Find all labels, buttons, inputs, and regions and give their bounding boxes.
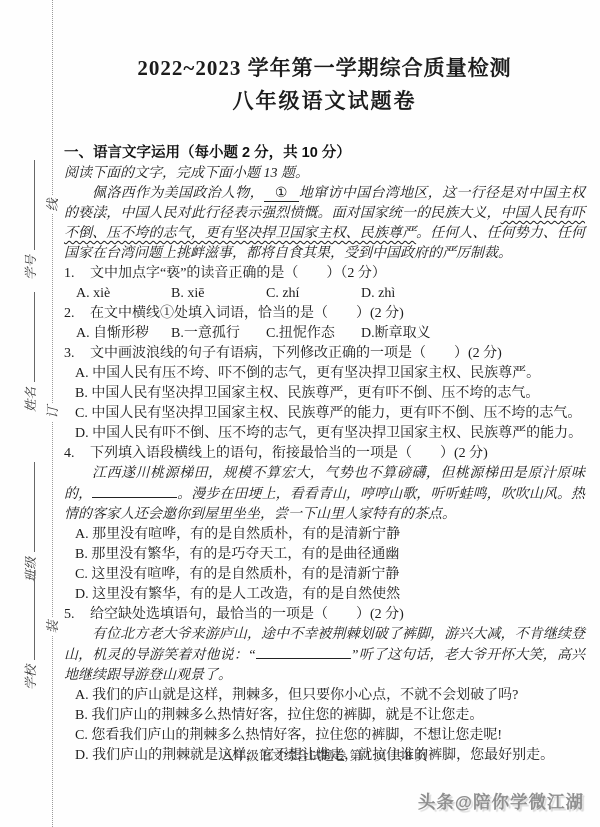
watermark: 头条@陪你学微江湖 bbox=[418, 789, 584, 814]
fill-in-blank bbox=[92, 484, 177, 498]
margin-field-label: 学号 bbox=[24, 255, 38, 280]
option-d: D. 这里没有繁华，有的是人工改造，有的是自然使然 bbox=[64, 585, 585, 605]
question-4-passage: 江西遂川桃源梯田，规模不算宏大，气势也不算磅礴，但桃源梯田是原汁原味的，。漫步在… bbox=[64, 464, 585, 525]
option-b: B. 那里没有繁华，有的是巧夺天工，有的是曲径通幽 bbox=[64, 545, 585, 565]
question-2-options: A. 自惭形秽B.一意孤行C.扭怩作态D.断章取义 bbox=[64, 324, 585, 344]
option-a: A. 中国人民有压不垮、吓不倒的志气，更有坚决捍卫国家主权、民族尊严。 bbox=[64, 364, 585, 384]
section-heading: 一、语言文字运用（每小题 2 分，共 10 分） bbox=[64, 142, 585, 164]
option-c: C.扭怩作态 bbox=[266, 324, 361, 344]
question-number: 4. bbox=[64, 444, 90, 464]
option-b: B. xiē bbox=[171, 284, 266, 304]
option-a: A. xiè bbox=[76, 284, 171, 304]
option-d: D.断章取义 bbox=[361, 324, 456, 344]
page-subtitle: 八年级语文试题卷 bbox=[64, 85, 585, 118]
paper-content: 2022~2023 学年第一学期综合质量检测 八年级语文试题卷 一、语言文字运用… bbox=[64, 52, 585, 766]
fill-in-line bbox=[22, 462, 35, 552]
binding-char-ding: 订 bbox=[45, 403, 61, 421]
margin-field-school: 学校 bbox=[22, 560, 40, 690]
option-a: A. 自惭形秽 bbox=[76, 324, 171, 344]
question-1-options: A. xièB. xiēC. zhíD. zhì bbox=[64, 284, 585, 304]
margin-field-student-id: 学号 bbox=[22, 150, 40, 280]
option-d: D. 中国人民有吓不倒、压不垮的志气，更有坚决捍卫国家主权、民族尊严的能力。 bbox=[64, 424, 585, 444]
option-b: B. 中国人民有坚决捍卫国家主权、民族尊严，更有吓不倒、压不垮的志气。 bbox=[64, 384, 585, 404]
option-b: B. 我们庐山的荆棘多么热情好客，拉住您的裤脚，就是不让您走。 bbox=[64, 706, 585, 726]
passage-segment: 渎，中国人民对此行径表示强烈愤慨。面对国家统一的民族大义， bbox=[92, 206, 500, 221]
binding-char-xian: 线 bbox=[45, 196, 61, 214]
option-a: A. 我们的庐山就是这样，荆棘多，但只要你小心点，不就不会划破了吗? bbox=[64, 686, 585, 706]
numbered-blank: ① bbox=[264, 186, 299, 202]
question-4-stem: 4.下列填入语段横线上的语句，衔接最恰当的一项是（ ）(2 分) bbox=[64, 444, 585, 464]
question-number: 1. bbox=[64, 264, 90, 284]
exam-paper-page: 线 订 装 学号 姓名 班级 学校 2022~2023 学年第一学期综合质量检测… bbox=[0, 0, 600, 827]
question-number: 2. bbox=[64, 304, 90, 324]
reading-passage: 佩洛西作为美国政治人物，①地窜访中国台湾地区，这一行径是对中国主权的亵渎，中国人… bbox=[64, 184, 585, 264]
option-c: C. 这里没有喧哗，有的是自然质朴，有的是清新宁静 bbox=[64, 565, 585, 585]
option-c: C. 中国人民有坚决捍卫国家主权、民族尊严的能力，更有吓不倒、压不垮的志气。 bbox=[64, 404, 585, 424]
binding-char-zhuang: 装 bbox=[45, 618, 61, 636]
margin-field-label: 姓名 bbox=[24, 387, 38, 412]
option-d: D. zhì bbox=[361, 284, 456, 304]
margin-field-name: 姓名 bbox=[22, 282, 40, 412]
question-number: 5. bbox=[64, 605, 90, 625]
question-5-stem: 5.给空缺处选填语句，最恰当的一项是（ ）(2 分) bbox=[64, 605, 585, 625]
option-a: A. 那里没有喧哗，有的是自然质朴，有的是清新宁静 bbox=[64, 525, 585, 545]
question-1-stem: 1.文中加点字“亵”的读音正确的是（ ）（2 分） bbox=[64, 264, 585, 284]
passage-intro: 阅读下面的文字，完成下面小题 13 题。 bbox=[64, 164, 585, 184]
option-b: B.一意孤行 bbox=[171, 324, 266, 344]
question-3-stem: 3.文中画波浪线的句子有语病，下列修改正确的一项是（ ）(2 分) bbox=[64, 344, 585, 364]
passage-segment: 佩洛西作为美国政治人物， bbox=[92, 186, 264, 201]
page-footer: 八年级语文综合试题卷 第 1 页 共 8 页 bbox=[64, 746, 585, 766]
fill-in-line bbox=[22, 570, 35, 660]
question-5-passage: 有位北方老大爷来游庐山，途中不幸被荆棘划破了裤脚，游兴大减，不肯继续登山，机灵的… bbox=[64, 625, 585, 686]
option-c: C. zhí bbox=[266, 284, 361, 304]
margin-field-label: 学校 bbox=[24, 665, 38, 690]
fill-in-line bbox=[22, 160, 35, 250]
question-number: 3. bbox=[64, 344, 90, 364]
dotted-emphasis-char: 亵 bbox=[78, 206, 92, 221]
option-c: C. 您看我们庐山的荆棘多么热情好客，拉住您的裤脚，不想让您走呢! bbox=[64, 726, 585, 746]
fill-in-blank bbox=[256, 645, 351, 659]
fill-in-line bbox=[22, 292, 35, 382]
question-2-stem: 2.在文中横线①处填入词语，恰当的是（ ）(2 分) bbox=[64, 304, 585, 324]
page-title: 2022~2023 学年第一学期综合质量检测 bbox=[64, 52, 585, 85]
